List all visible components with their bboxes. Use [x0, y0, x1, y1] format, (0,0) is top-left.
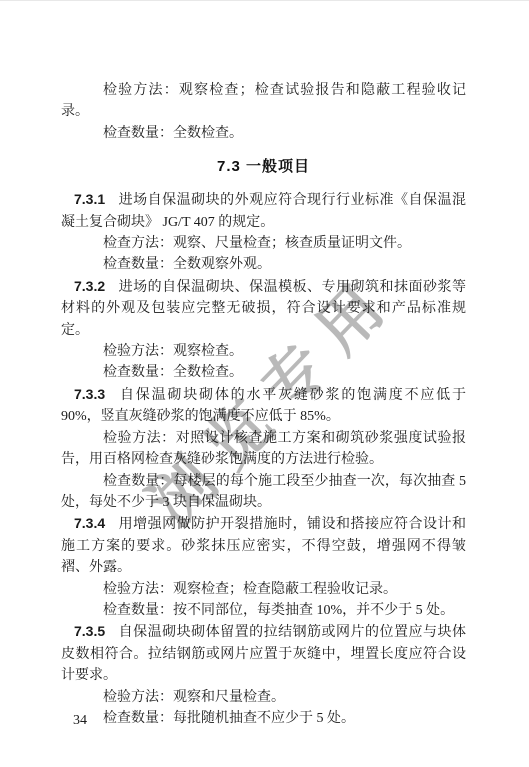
clause-text: 自保温砌块砌体的水平灰缝砂浆的饱满度不应低于 90%，竖直灰缝砂浆的饱满度不应低…	[61, 388, 466, 424]
intro-inspection-quantity-line: 检查数量：全数检查。	[61, 123, 466, 144]
clause-7-3-1-quantity-line: 检查数量：全数观察外观。	[61, 254, 466, 275]
clause-7-3-5-method-line: 检验方法：观察和尺量检查。	[61, 687, 466, 708]
clause-number: 7.3.2	[74, 278, 105, 294]
clause-text: 用增强网做防护开裂措施时，铺设和搭接应符合设计和施工方案的要求。砂浆抹压应密实，…	[61, 517, 466, 575]
clause-7-3-5-quantity-line: 检查数量：每批随机抽查不应少于 5 处。	[61, 708, 466, 729]
clause-7-3-3-method-line: 检验方法：对照设计核查施工方案和砌筑砂浆强度试验报告，用百格网检查灰缝砂浆饱满度…	[61, 428, 466, 471]
clause-number: 7.3.3	[74, 386, 105, 402]
clause-text: 进场自保温砌块的外观应符合现行行业标准《自保温混凝土复合砌块》 JG/T 407…	[61, 193, 466, 229]
clause-7-3-2: 7.3.2进场的自保温砌块、保温模板、专用砌筑和抹面砂浆等材料的外观及包装应完整…	[61, 276, 466, 341]
clause-7-3-1-method-line: 检查方法：观察、尺量检查；核查质量证明文件。	[61, 233, 466, 254]
clause-7-3-2-method-line: 检验方法：观察检查。	[61, 341, 466, 362]
clause-number: 7.3.5	[74, 623, 105, 639]
clause-7-3-3-quantity-line: 检查数量：每楼层的每个施工段至少抽查一次，每次抽查 5 处，每处不少于 3 块自…	[61, 471, 466, 514]
clause-7-3-5: 7.3.5自保温砌块砌体留置的拉结钢筋或网片的位置应与块体皮数相符合。拉结钢筋或…	[61, 621, 466, 686]
section-heading: 7.3 一般项目	[61, 156, 466, 178]
clause-7-3-3: 7.3.3自保温砌块砌体的水平灰缝砂浆的饱满度不应低于 90%，竖直灰缝砂浆的饱…	[61, 384, 466, 428]
page-number: 34	[73, 712, 87, 730]
clause-7-3-2-quantity-line: 检查数量：全数检查。	[61, 362, 466, 383]
clause-7-3-4-method-line: 检验方法：观察检查；检查隐蔽工程验收记录。	[61, 579, 466, 600]
intro-inspection-method-line: 检验方法：观察检查；检查试验报告和隐蔽工程验收记录。	[61, 80, 466, 123]
clause-7-3-4-quantity-line: 检查数量：按不同部位，每类抽查 10%，并不少于 5 处。	[61, 600, 466, 621]
clause-text: 进场的自保温砌块、保温模板、专用砌筑和抹面砂浆等材料的外观及包装应完整无破损，符…	[61, 280, 466, 338]
clause-7-3-1: 7.3.1进场自保温砌块的外观应符合现行行业标准《自保温混凝土复合砌块》 JG/…	[61, 189, 466, 233]
document-page: 浏览专用 检验方法：观察检查；检查试验报告和隐蔽工程验收记录。 检查数量：全数检…	[0, 0, 529, 767]
clause-text: 自保温砌块砌体留置的拉结钢筋或网片的位置应与块体皮数相符合。拉结钢筋或网片应置于…	[61, 625, 466, 683]
clause-number: 7.3.4	[74, 515, 105, 531]
page-content: 检验方法：观察检查；检查试验报告和隐蔽工程验收记录。 检查数量：全数检查。 7.…	[61, 80, 466, 729]
clause-number: 7.3.1	[74, 191, 105, 207]
clause-7-3-4: 7.3.4用增强网做防护开裂措施时，铺设和搭接应符合设计和施工方案的要求。砂浆抹…	[61, 513, 466, 578]
